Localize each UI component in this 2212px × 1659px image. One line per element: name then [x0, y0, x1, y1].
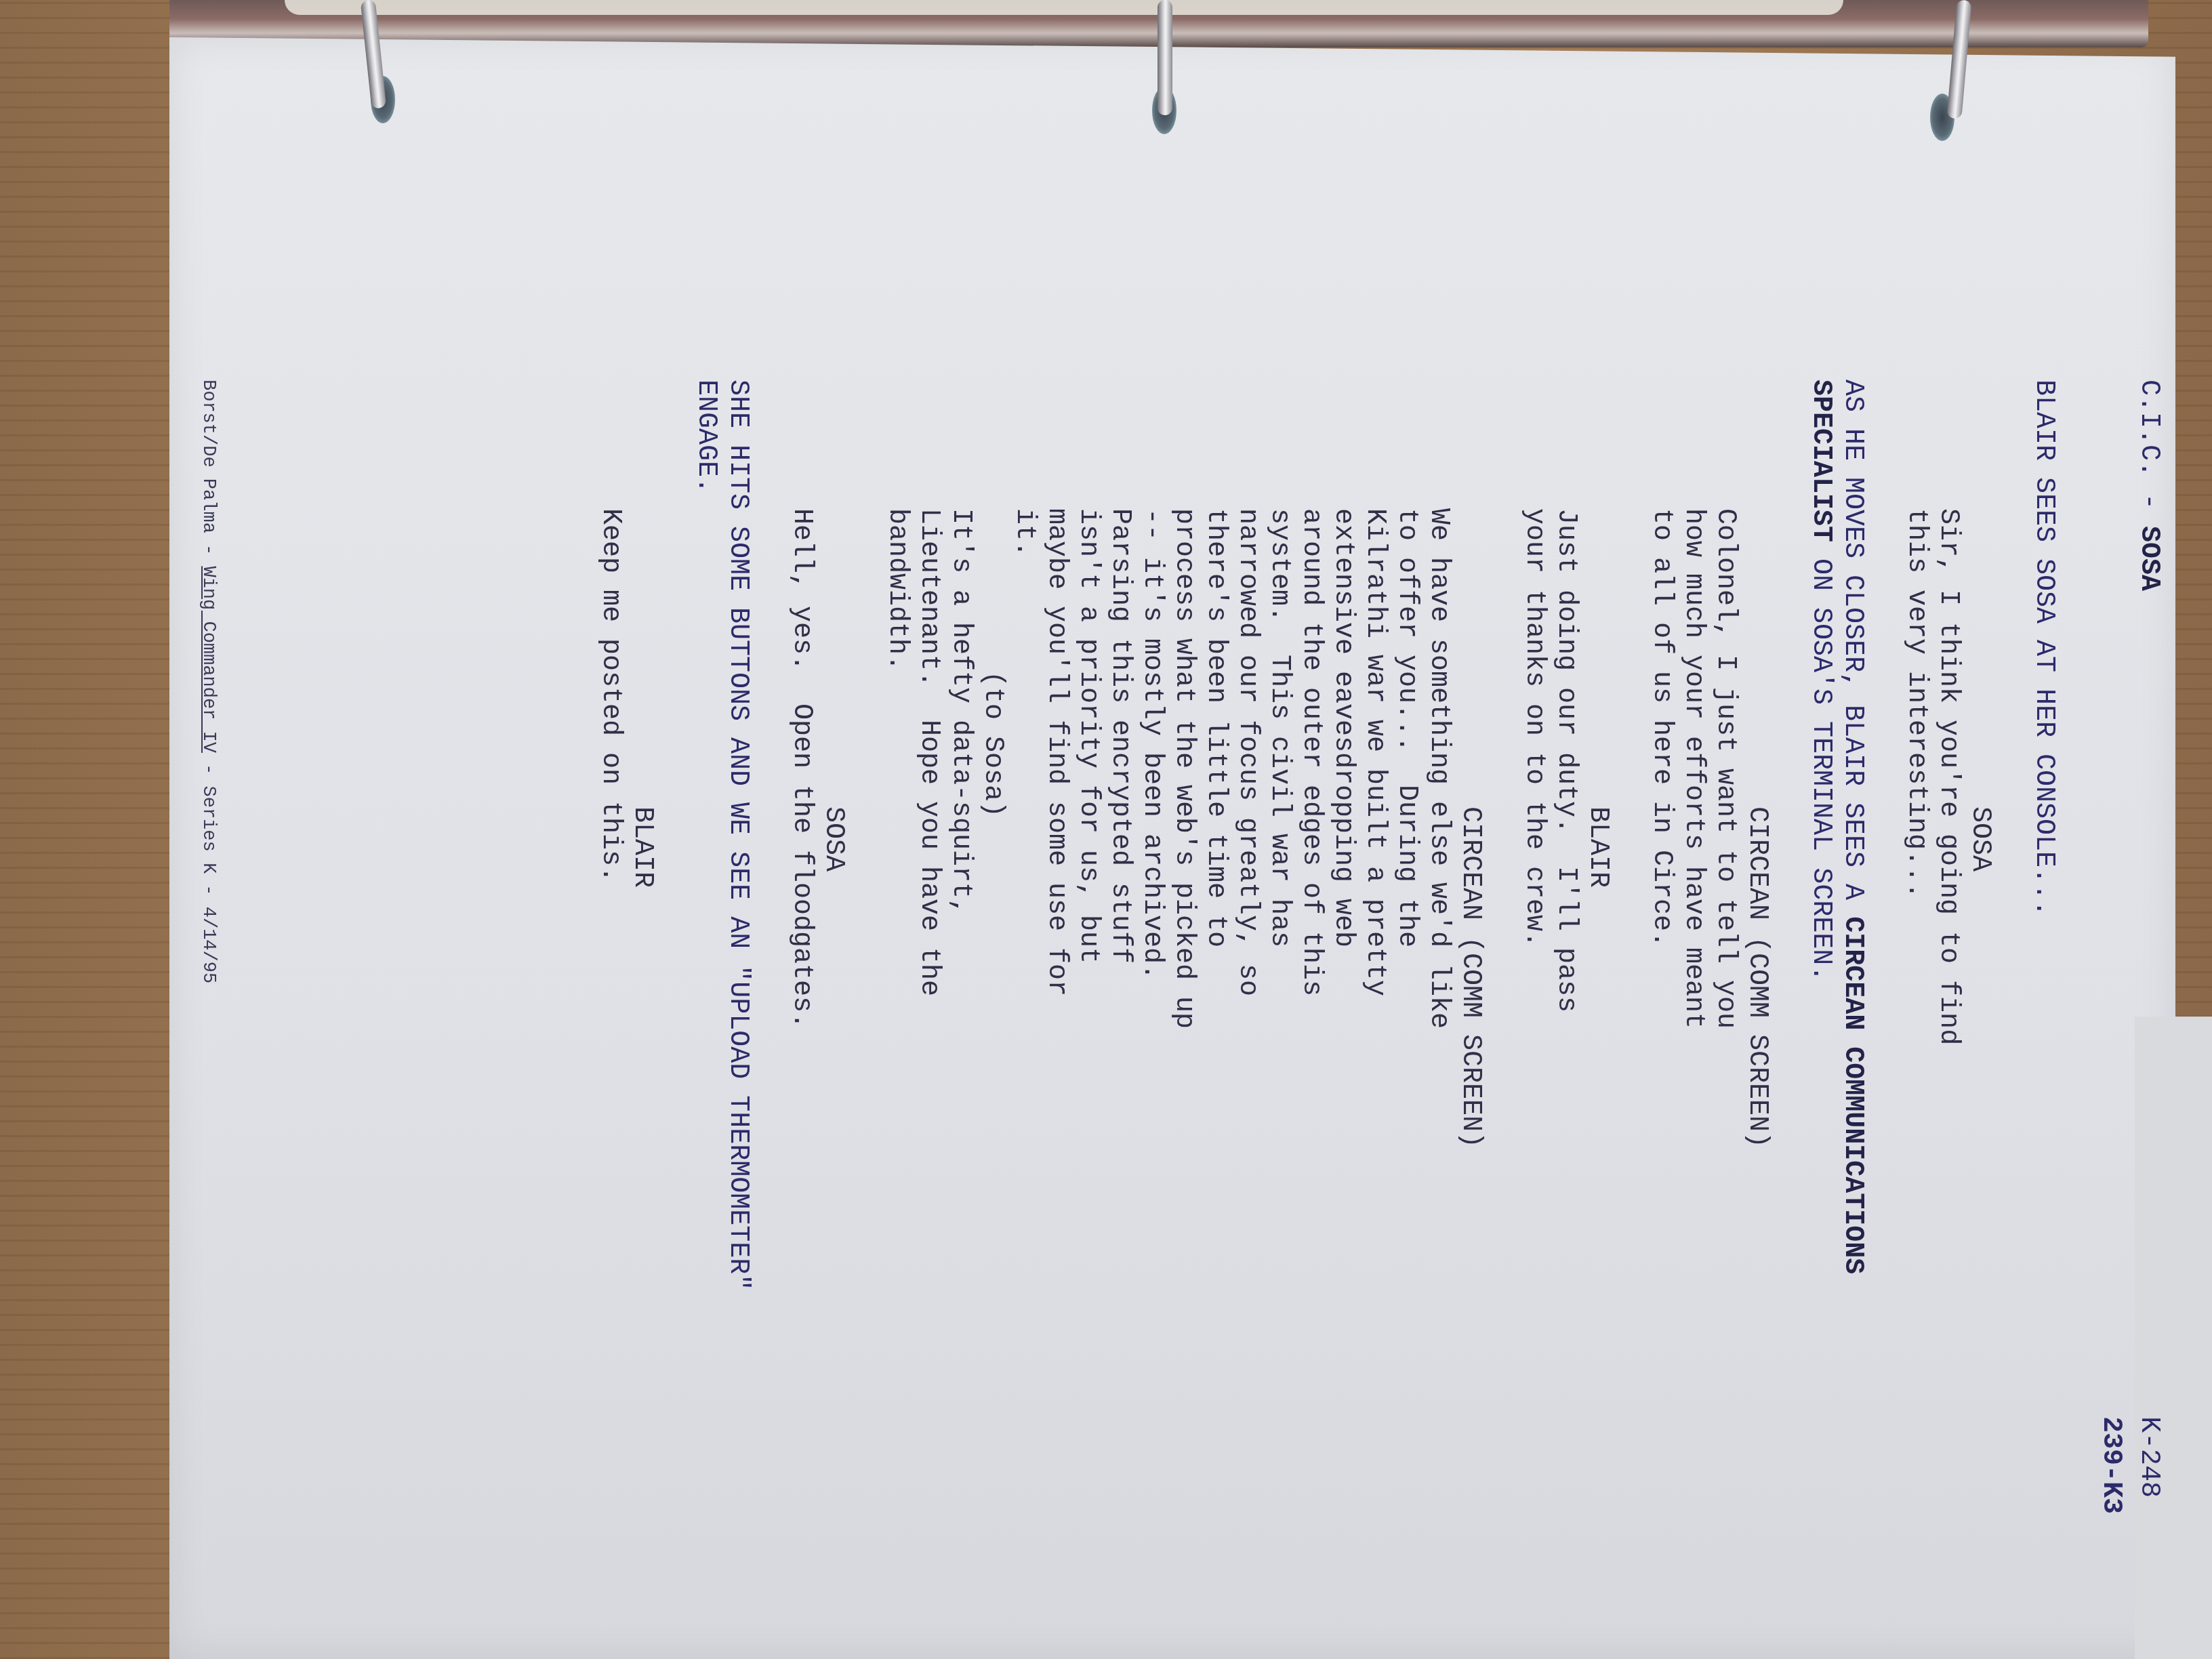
parenthetical-line: (to Sosa) — [977, 671, 1009, 817]
dialogue-line: maybe you'll find some use for — [1041, 508, 1073, 996]
character-line: BLAIR — [627, 806, 659, 888]
dialogue-line: isn't a priority for us, but — [1073, 508, 1105, 964]
footer-rest: - Series K - 4/14/95 — [198, 753, 218, 983]
binder-ring — [1158, 0, 1172, 115]
action-line: BLAIR SEES SOSA AT HER CONSOLE... — [2028, 380, 2060, 916]
plain-text: ON SOSA'S TERMINAL SCREEN. — [1806, 542, 1837, 981]
dialogue-line: Parsing this encrypted stuff — [1105, 508, 1136, 964]
dialogue-line: Just doing our duty. I'll pass — [1551, 508, 1582, 1012]
dialogue-line: Hell, yes. Open the floodgates. — [786, 508, 818, 1029]
page-number: K-248 — [2133, 1416, 2165, 1498]
dialogue-line: Lieutenant. Hope you have the — [914, 508, 945, 996]
dialogue-line: -- it's mostly been archived. — [1136, 508, 1168, 980]
dialogue-line: system. This civil war has — [1264, 508, 1296, 947]
character-line: CIRCEAN (COMM SCREEN) — [1742, 806, 1774, 1148]
slugline-subject: SOSA — [2133, 526, 2164, 591]
footer-title: Wing Commander IV — [198, 566, 218, 752]
dialogue-line: Sir, I think you're going to find — [1933, 508, 1965, 1045]
slugline-location: C.I.C. - — [2133, 380, 2164, 526]
dialogue-line: extensive eavesdropping web — [1328, 508, 1359, 947]
character-line: SOSA — [1965, 806, 1996, 872]
dialogue-line: Keep me posted on this. — [595, 508, 627, 882]
dialogue-line: bandwidth. — [882, 508, 914, 671]
action-line: SHE HITS SOME BUTTONS AND WE SEE AN "UPL… — [722, 380, 754, 1290]
binder-label-strip — [285, 0, 1843, 15]
scene-number: 239-K3 — [2095, 1416, 2127, 1514]
dialogue-line: this very interesting... — [1901, 508, 1933, 899]
dialogue-line: to offer you... During the — [1391, 508, 1423, 947]
character-line: SOSA — [818, 806, 850, 872]
dialogue-line: how much your efforts have meant — [1678, 508, 1710, 1029]
dialogue-line: your thanks on to the crew. — [1519, 508, 1551, 947]
dialogue-line: there's been little time to — [1200, 508, 1232, 947]
dialogue-line: process what the web's picked up — [1168, 508, 1200, 1029]
dialogue-line: it. — [1009, 508, 1041, 557]
emphasis-text: SPECIALIST — [1806, 380, 1837, 542]
action-line: SPECIALIST ON SOSA'S TERMINAL SCREEN. — [1805, 380, 1837, 981]
dialogue-line: We have something else we'd like — [1423, 508, 1455, 1029]
plain-text: AS HE MOVES CLOSER, BLAIR SEES A — [1838, 380, 1868, 916]
character-line: CIRCEAN (COMM SCREEN) — [1455, 806, 1487, 1148]
page-footer: Borst/De Palma - Wing Commander IV - Ser… — [192, 380, 224, 983]
dialogue-line: Kilrathi war we built a pretty — [1359, 508, 1391, 996]
dialogue-line: It's a hefty data-squirt, — [945, 508, 977, 915]
dialogue-line: around the outer edges of this — [1296, 508, 1328, 996]
action-line: ENGAGE. — [691, 380, 722, 493]
page-stack-edge — [2135, 1017, 2212, 1659]
action-line: AS HE MOVES CLOSER, BLAIR SEES A CIRCEAN… — [1837, 380, 1869, 1274]
dialogue-line: to all of us here in Circe. — [1646, 508, 1678, 947]
dialogue-line: narrowed our focus greatly, so — [1232, 508, 1264, 996]
dialogue-line: Colonel, I just want to tell you — [1710, 508, 1742, 1029]
slugline: C.I.C. - SOSA — [2133, 380, 2165, 591]
character-line: BLAIR — [1582, 806, 1614, 888]
emphasis-text: CIRCEAN COMMUNICATIONS — [1838, 916, 1868, 1274]
footer-authors: Borst/De Palma - — [198, 380, 218, 566]
